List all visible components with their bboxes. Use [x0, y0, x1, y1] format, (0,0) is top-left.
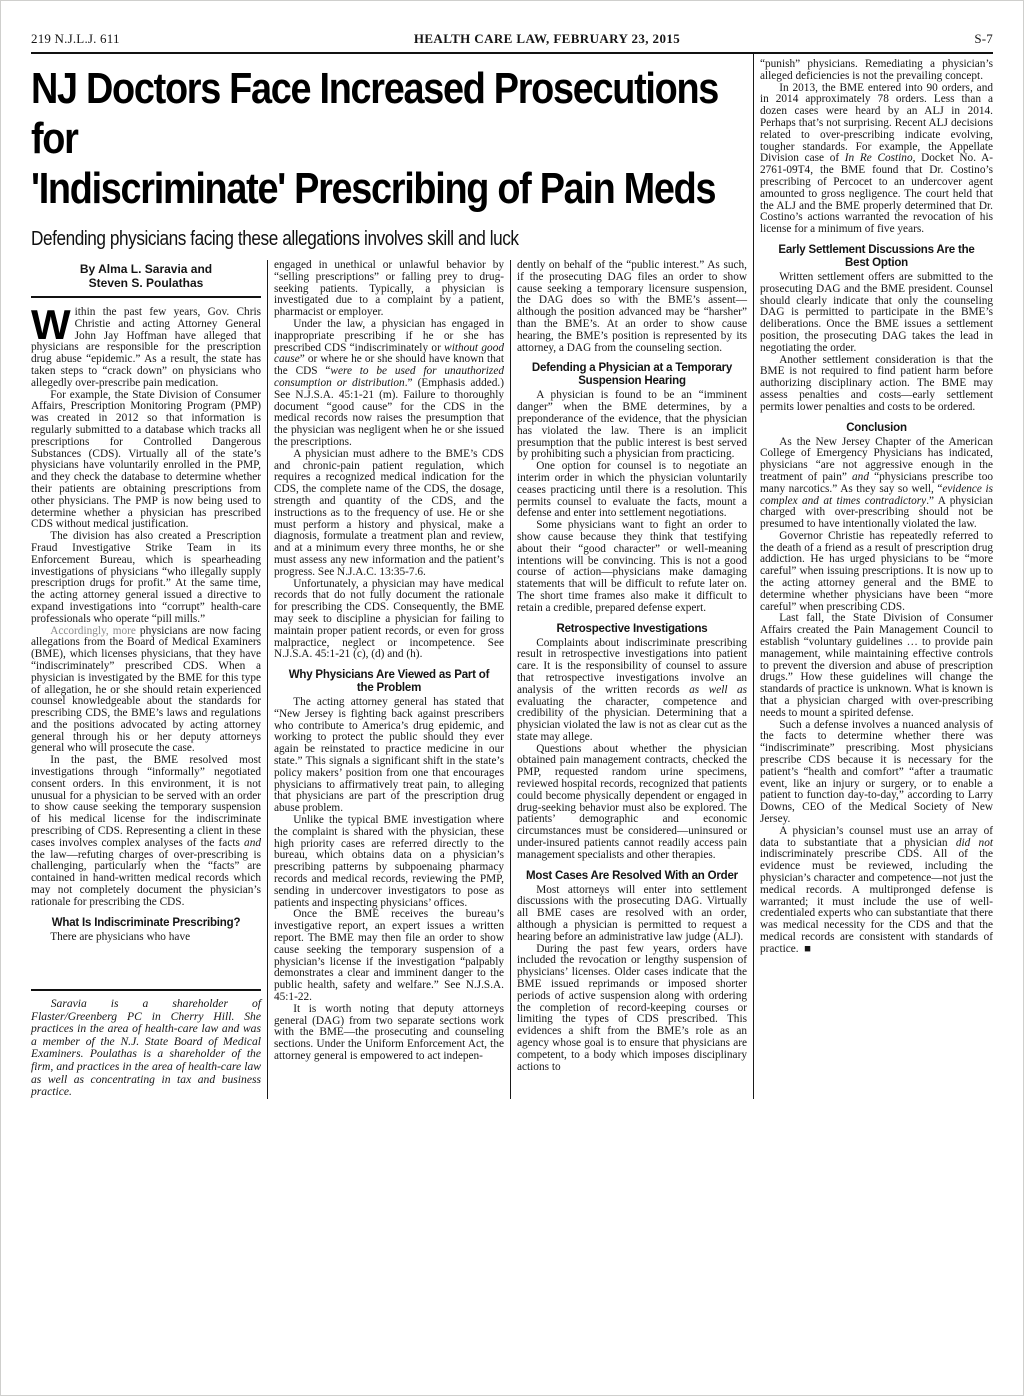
headline-line1: NJ Doctors Face Increased Prosecutions f…: [31, 64, 718, 163]
paragraph: The division has also created a Prescrip…: [31, 531, 261, 625]
paragraph: During the past few years, orders have i…: [517, 944, 747, 1074]
section-heading: Retrospective Investigations: [525, 623, 739, 636]
paragraph: The acting attorney general has stated t…: [274, 697, 504, 815]
paragraph: engaged in unethical or unlawful behavio…: [274, 260, 504, 319]
article-main-region: NJ Doctors Face Increased Prosecutions f…: [31, 54, 747, 1099]
three-column-body: By Alma L. Saravia andSteven S. Poulatha…: [31, 260, 747, 1099]
section-heading: Most Cases Are Resolved With an Order: [525, 870, 739, 883]
paragraph: Most attorneys will enter into settlemen…: [517, 885, 747, 944]
column-divider: [510, 260, 511, 1099]
paragraph: There are physicians who have: [31, 932, 261, 944]
bio-divider: [31, 989, 261, 991]
paragraph: Unlike the typical BME investigation whe…: [274, 815, 504, 909]
newspaper-page: 219 N.J.L.J. 611 HEALTH CARE LAW, FEBRUA…: [0, 0, 1024, 1396]
paragraph: A physician’s counsel must use an array …: [760, 826, 993, 956]
content-area: NJ Doctors Face Increased Prosecutions f…: [31, 54, 993, 1099]
headline-line2: 'Indiscriminate' Prescribing of Pain Med…: [31, 164, 715, 213]
column-3: dently on behalf of the “public interest…: [517, 260, 747, 1099]
section-heading: Why Physicians Are Viewed as Part of the…: [282, 669, 496, 695]
paragraph: Last fall, the State Division of Consume…: [760, 613, 993, 719]
paragraph: Written settlement offers are submitted …: [760, 272, 993, 355]
article-headline: NJ Doctors Face Increased Prosecutions f…: [31, 64, 745, 214]
paragraph: One option for counsel is to negotiate a…: [517, 461, 747, 520]
paragraph: Questions about whether the physician ob…: [517, 744, 747, 862]
paragraph: Such a defense involves a nuanced analys…: [760, 720, 993, 826]
journal-citation: 219 N.J.L.J. 611: [31, 31, 120, 47]
section-heading: Conclusion: [768, 422, 985, 435]
article-subtitle: Defending physicians facing these allega…: [31, 228, 745, 250]
byline: By Alma L. Saravia andSteven S. Poulatha…: [31, 262, 261, 290]
paragraph: Governor Christie has repeatedly referre…: [760, 531, 993, 614]
paragraph: A physician must adhere to the BME’s CDS…: [274, 449, 504, 579]
paragraph: For example, the State Division of Consu…: [31, 390, 261, 532]
paragraph: Another settlement consideration is that…: [760, 355, 993, 414]
paragraph: Unfortunately, a physician may have medi…: [274, 579, 504, 662]
paragraph: “punish” physicians. Remediating a physi…: [760, 59, 993, 83]
headline-block: NJ Doctors Face Increased Prosecutions f…: [31, 54, 747, 252]
paragraph: Some physicians want to fight an order t…: [517, 520, 747, 614]
page-number: S-7: [974, 31, 993, 47]
section-heading: Defending a Physician at a Temporary Sus…: [525, 362, 739, 388]
column-4: “punish” physicians. Remediating a physi…: [760, 54, 993, 1099]
paragraph: It is worth noting that deputy attorneys…: [274, 1004, 504, 1063]
paragraph: A physician is found to be an “imminent …: [517, 390, 747, 461]
masthead: 219 N.J.L.J. 611 HEALTH CARE LAW, FEBRUA…: [31, 31, 993, 54]
paragraph: dently on behalf of the “public interest…: [517, 260, 747, 354]
byline-divider: [31, 296, 261, 298]
section-heading: Early Settlement Discussions Are the Bes…: [768, 244, 985, 270]
paragraph: Once the BME receives the bureau’s inves…: [274, 909, 504, 1003]
column-divider: [753, 54, 754, 1099]
section-date-header: HEALTH CARE LAW, FEBRUARY 23, 2015: [414, 31, 680, 47]
paragraph: In the past, the BME resolved most inves…: [31, 755, 261, 908]
column-1: By Alma L. Saravia andSteven S. Poulatha…: [31, 260, 261, 1099]
paragraph: As the New Jersey Chapter of the America…: [760, 437, 993, 531]
drop-cap: W: [31, 307, 75, 341]
paragraph: Accordingly, more physicians are now fac…: [31, 626, 261, 756]
paragraph: Complaints about indiscriminate prescrib…: [517, 638, 747, 744]
paragraph: Under the law, a physician has engaged i…: [274, 319, 504, 449]
author-bio: Saravia is a shareholder of Flaster/Gree…: [31, 998, 261, 1099]
paragraph: In 2013, the BME entered into 90 orders,…: [760, 83, 993, 236]
paragraph: Within the past few years, Gov. Chris Ch…: [31, 307, 261, 390]
column-divider: [267, 260, 268, 1099]
column-2: engaged in unethical or unlawful behavio…: [274, 260, 504, 1099]
section-heading: What Is Indiscriminate Prescribing?: [39, 917, 253, 930]
